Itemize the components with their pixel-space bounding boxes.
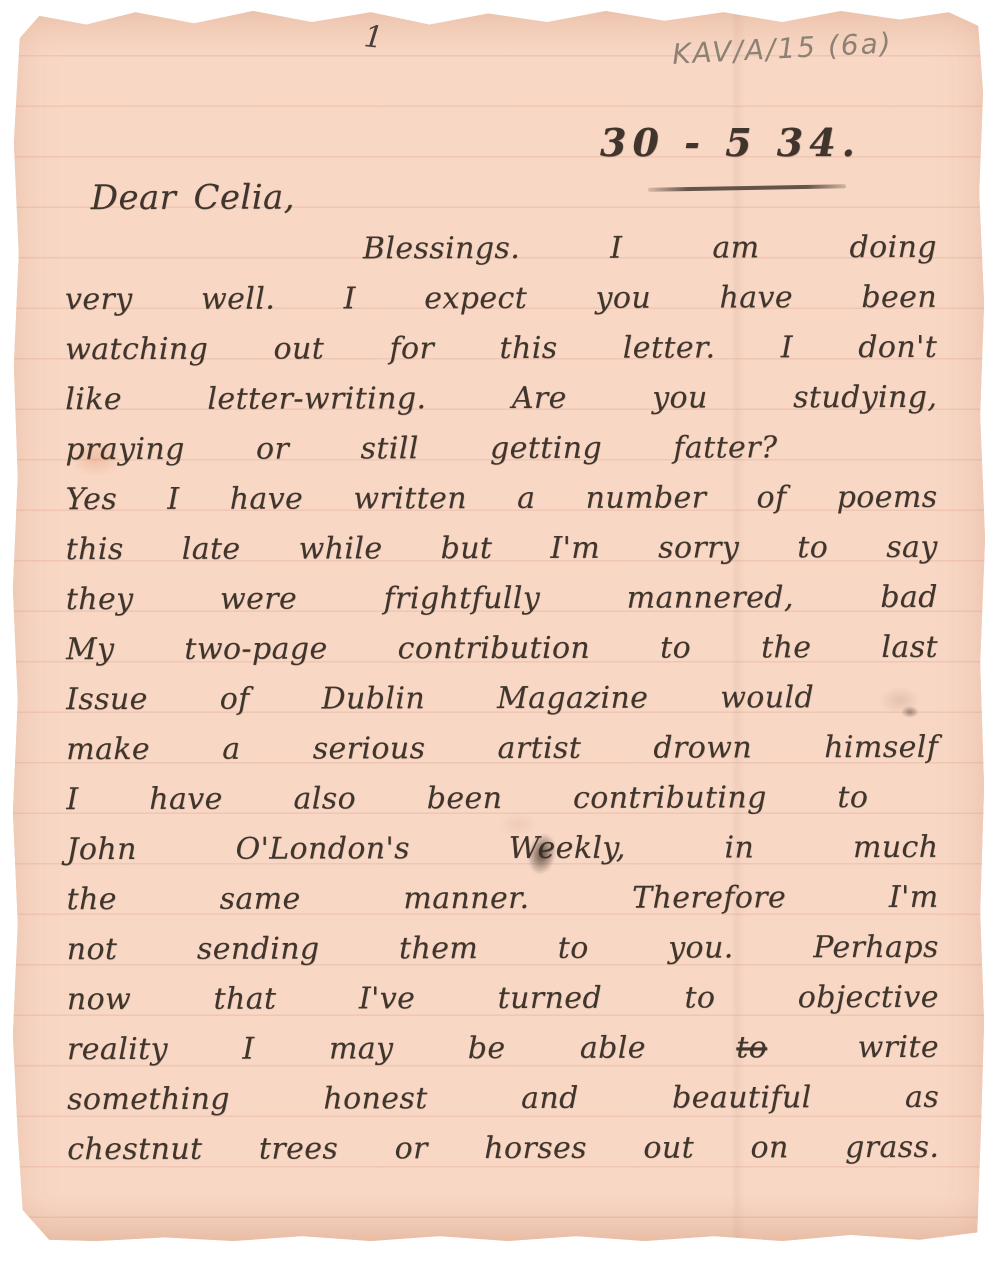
letter-date: 30 - 5 34.: [600, 120, 900, 165]
letter-line: make a serious artist drown himself: [66, 723, 938, 775]
letter-line: Issue of Dublin Magazine would: [66, 673, 814, 725]
archive-reference: KAV/A/15 (6a): [671, 22, 972, 71]
letter-line: Yes I have written a number of poems: [65, 473, 937, 525]
ink-smudge: [901, 706, 919, 718]
struck-word: to: [736, 1030, 767, 1065]
letter-line: something honest and beautiful as: [67, 1073, 939, 1125]
letter-body: Dear Celia, Blessings. I am doing very w…: [65, 171, 940, 1175]
letter-line: John O'London's Weekly, in much: [66, 823, 938, 875]
letter-line: they were frightfully mannered, bad: [66, 573, 938, 625]
salutation-line: Dear Celia,: [65, 171, 937, 225]
letter-scan: 1 KAV/A/15 (6a) 30 - 5 34. Dear Celia, B…: [0, 0, 1000, 1265]
letter-line: Blessings. I am doing: [65, 223, 937, 275]
letter-line: I have also been contributing to: [66, 773, 868, 825]
page-number: 1: [362, 19, 385, 56]
letter-line: chestnut trees or horses out on grass.: [67, 1123, 939, 1175]
letter-line: this late while but I'm sorry to say: [66, 523, 938, 575]
line-segment: reality I may be able: [67, 1031, 646, 1068]
letter-line: very well. I expect you have been: [65, 273, 937, 325]
letter-line: the same manner. Therefore I'm: [67, 873, 939, 925]
letter-line-with-strikethrough: reality I may be able to write: [67, 1023, 939, 1075]
letter-line: now that I've turned to objective: [67, 973, 939, 1025]
letter-paper: 1 KAV/A/15 (6a) 30 - 5 34. Dear Celia, B…: [8, 6, 988, 1246]
letter-line: praying or still getting fatter?: [65, 423, 777, 475]
letter-line: watching out for this letter. I don't: [65, 323, 937, 375]
letter-line: like letter-writing. Are you studying,: [65, 373, 937, 425]
line-segment: write: [858, 1030, 940, 1065]
letter-line: not sending them to you. Perhaps: [67, 923, 939, 975]
letter-line: My two-page contribution to the last: [66, 623, 938, 675]
